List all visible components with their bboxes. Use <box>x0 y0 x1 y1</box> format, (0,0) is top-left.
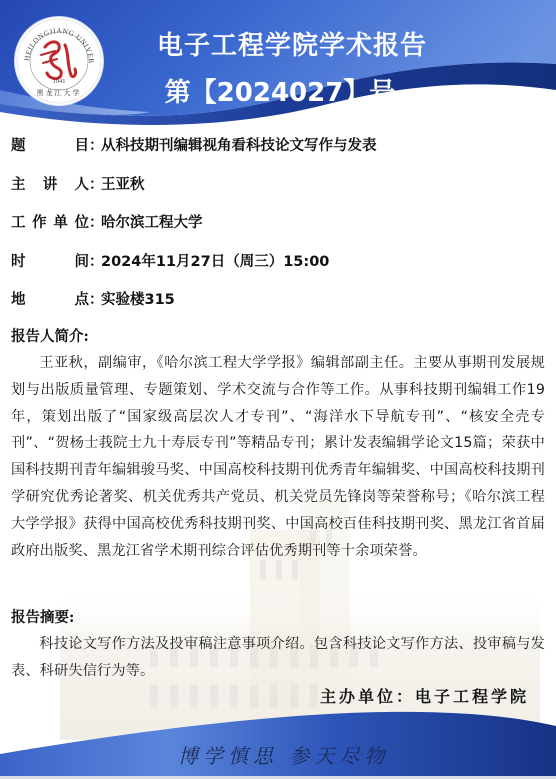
info-row-speaker: 主 讲 人 ： 王亚秋 <box>11 173 551 212</box>
info-row-time: 时 间 ： 2024年11月27日（周三）15:00 <box>11 250 551 289</box>
organization-label: 工 作 单 位 <box>11 211 89 232</box>
location-label: 地 点 <box>11 288 89 309</box>
speaker-bio-section: 报告人简介: 王亚秋，副编审，《哈尔滨工程大学学报》编辑部副主任。主要从事期刊发… <box>11 324 545 564</box>
organization-value: 哈尔滨工程大学 <box>101 211 551 232</box>
abstract-heading: 报告摘要: <box>11 605 545 631</box>
info-row-topic: 题 目 ： 从科技期刊编辑视角看科技论文写作与发表 <box>11 134 551 173</box>
host-organization: 主办单位：电子工程学院 <box>320 684 529 707</box>
time-label: 时 间 <box>11 250 89 271</box>
location-value: 实验楼315 <box>101 288 551 309</box>
header-banner: HEILONGJIANG UNIVERSITY 1941 黑龙江大学 电子工程学… <box>0 0 556 132</box>
speaker-value: 王亚秋 <box>101 173 551 194</box>
speaker-bio-heading: 报告人简介: <box>11 324 545 350</box>
time-value: 2024年11月27日（周三）15:00 <box>101 250 551 271</box>
university-motto: 博学慎思 参天尽物 <box>178 740 389 769</box>
abstract-text: 科技论文写作方法及投审稿注意事项介绍。包含科技论文写作方法、投审稿与发表、科研失… <box>11 631 545 685</box>
topic-value: 从科技期刊编辑视角看科技论文写作与发表 <box>101 134 551 155</box>
page-title: 电子工程学院学术报告 <box>0 25 556 62</box>
speaker-label: 主 讲 人 <box>11 173 89 194</box>
abstract-section: 报告摘要: 科技论文写作方法及投审稿注意事项介绍。包含科技论文写作方法、投审稿与… <box>11 605 545 685</box>
document-number: 第【2024027】号 <box>0 72 556 109</box>
info-row-location: 地 点 ： 实验楼315 <box>11 288 551 327</box>
speaker-bio-text: 王亚秋，副编审，《哈尔滨工程大学学报》编辑部副主任。主要从事期刊发展规划与出版质… <box>11 350 545 564</box>
topic-label: 题 目 <box>11 134 89 155</box>
lecture-poster: HEILONGJIANG UNIVERSITY 1941 黑龙江大学 电子工程学… <box>0 0 556 779</box>
lecture-info: 题 目 ： 从科技期刊编辑视角看科技论文写作与发表 主 讲 人 ： 王亚秋 工 … <box>11 134 551 327</box>
info-row-organization: 工 作 单 位 ： 哈尔滨工程大学 <box>11 211 551 250</box>
